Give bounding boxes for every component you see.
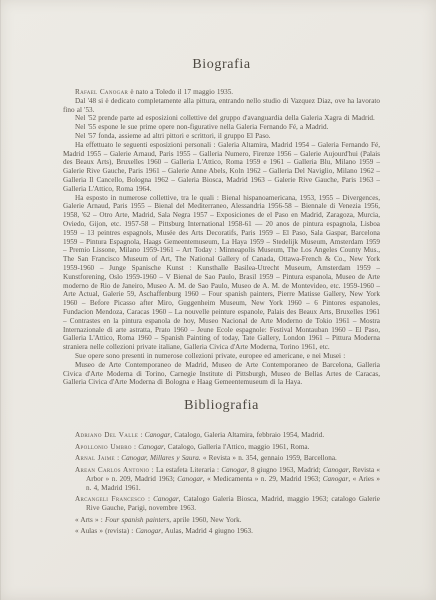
bibliography-detail: , Catalogo, Galeria Altamira, febbraio 1… [170, 431, 324, 439]
bibliography-detail: , Catalogo, Galleria l'Attico, maggio 19… [164, 443, 310, 451]
bibliography-detail: , aprile 1960, New York. [169, 516, 241, 524]
bibliography-detail: La estafeta Literaria : [156, 466, 221, 474]
bibliografia-entries: Adriano Del Valle : Canogar, Catalogo, G… [63, 431, 380, 536]
bibliography-title: Canogar, Millares y Saura. [121, 454, 200, 462]
bibliography-author: Adriano Del Valle [75, 431, 138, 439]
bibliography-title: Canogar [221, 466, 247, 474]
bibliography-entry: Arcangeli Francesco : Canogar, Catalogo … [75, 495, 380, 513]
bibliography-entry: Arnal Jaime : Canogar, Millares y Saura.… [75, 454, 380, 463]
bibliography-detail: , Aulas, Madrid 4 giugno 1963. [161, 527, 253, 535]
bibliography-author: Apollonio Umbro [75, 443, 132, 451]
bibliography-title: Canogar [136, 527, 162, 535]
artist-name: Rafael Canogar [75, 88, 128, 96]
biografia-paragraph: Ha effettuato le seguenti esposizioni pe… [63, 141, 380, 194]
bibliography-title: Canogar [177, 475, 203, 483]
bibliography-entry: « Arts » : Four spanish painters, aprile… [75, 516, 380, 525]
book-page: Biografia Rafael Canogar è nato a Toledo… [0, 0, 436, 600]
bibliography-author: Arnal Jaime [75, 454, 115, 462]
biografia-paragraph: Dal '48 si è dedicato completamente alla… [63, 97, 380, 115]
bibliography-title: Four spanish painters [105, 516, 169, 524]
bibliography-title: Canogar [138, 443, 164, 451]
bibliography-detail: « Revista » n. 354, gennaio 1959, Barcel… [201, 454, 337, 462]
biografia-paragraphs: Rafael Canogar è nato a Toledo il 17 mag… [63, 88, 380, 387]
biografia-heading: Biografia [63, 57, 380, 73]
bibliography-author: Arcangeli Francesco [75, 495, 145, 503]
bibliography-title: Canogar [323, 475, 349, 483]
bibliography-detail: , 8 giugno 1963, Madrid; [247, 466, 323, 474]
biografia-paragraph: Rafael Canogar è nato a Toledo il 17 mag… [63, 88, 380, 97]
bibliography-detail: , « Medicamenta » n. 29, Madrid 1963; [203, 475, 323, 483]
biografia-paragraph: Ha esposto in numerose collettive, tra l… [63, 194, 380, 352]
biografia-paragraph: Nel '52 prende parte ad esposizioni coll… [63, 114, 380, 123]
biografia-paragraph: Nel '57 fonda, assieme ad altri pittori … [63, 132, 380, 141]
bibliography-author: Arean Carlos Antonio [75, 466, 149, 474]
biografia-paragraph: Nel '55 espone le sue prime opere non-fi… [63, 123, 380, 132]
bibliography-title: Canogar [145, 431, 171, 439]
bibliography-entry: « Aulas » (revista) : Canogar, Aulas, Ma… [75, 527, 380, 536]
bibliography-author: « Aulas » (revista) [75, 527, 129, 535]
biografia-paragraph: Museo de Arte Contemporaneo de Madrid, M… [63, 361, 380, 387]
bibliography-title: Canogar [153, 495, 179, 503]
bibliography-author: « Arts » [75, 516, 99, 524]
bibliography-entry: Adriano Del Valle : Canogar, Catalogo, G… [75, 431, 380, 440]
bibliography-entry: Apollonio Umbro : Canogar, Catalogo, Gal… [75, 443, 380, 452]
bibliography-entry: Arean Carlos Antonio : La estafeta Liter… [75, 466, 380, 493]
bibliografia-heading: Bibliografia [63, 398, 380, 414]
bibliography-title: Canogar [323, 466, 349, 474]
biografia-paragraph: Sue opere sono presenti in numerose coll… [63, 352, 380, 361]
